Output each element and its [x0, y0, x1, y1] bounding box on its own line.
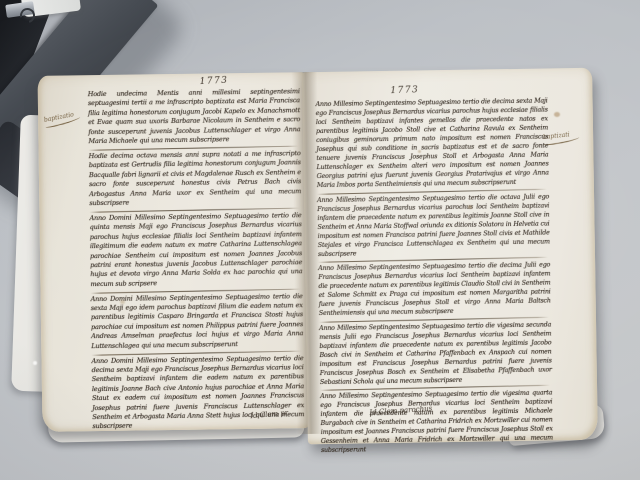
page-right: 1773 baptizati Anno Millesimo Septingent…: [302, 68, 598, 445]
register-entries-right: Anno Millesimo Septingentesimo Septuages…: [316, 96, 554, 457]
register-entry: Hodie undecima Mentis anni millesimi sep…: [88, 87, 301, 150]
register-entry: Anno Millesimo Septingentesimo Septuages…: [318, 260, 551, 321]
register-entries-left: Hodie undecima Mentis anni millesimi sep…: [88, 87, 305, 434]
page-left: 1773 baptizatio Hodie undecima Mentis an…: [38, 72, 309, 432]
photo-canvas: 1773 baptizatio Hodie undecima Mentis an…: [0, 0, 640, 480]
register-entry: Anno Domini Millesimo Septingentesimo Se…: [91, 292, 304, 355]
register-entry: Anno Millesimo Septingentesimo Septuages…: [316, 96, 549, 193]
register-entry: Anno Millesimo Septingentesimo Septuages…: [320, 388, 553, 455]
year-heading-right: 1773: [390, 85, 419, 96]
register-entry: Anno Domini Millesimo Septingentesimo Se…: [91, 354, 304, 432]
register-entry: Anno Millesimo Septingentesimo Septuages…: [317, 192, 550, 262]
margin-note-baptizatio: baptizatio: [43, 110, 80, 128]
register-entry: Anno Millesimo Septingentesimo Septuages…: [319, 320, 552, 390]
register-entry: Anno Domini Millesimo Septingentesimo Se…: [89, 211, 302, 293]
register-entry: Hodie decima octava mensis anni supra no…: [89, 149, 302, 212]
year-heading-left: 1773: [199, 76, 228, 87]
